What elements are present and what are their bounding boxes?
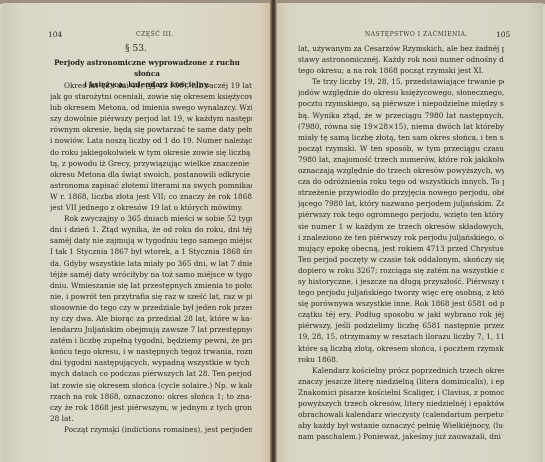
text-line: nie, i powrót ten przytrafia się raz w s… [50,291,252,302]
text-line: dni tygodni następujących, wypadną wszys… [50,357,252,368]
text-line: tego okresu; a na rok 1868 począt rzymsk… [298,65,504,76]
text-line: które są liczbą złotą, okresem słońca, i… [298,343,504,354]
section-number: § 53. [2,44,270,54]
right-page-number: 105 [496,30,510,39]
text-line: zatém i liczbę zupełną tygodni, będziemy… [50,335,252,346]
paper-speck [158,406,160,408]
text-line: czy że rok 1868 jest piérwszym, w jednym… [50,402,252,413]
text-line: jak go starożytni oceniali, zowie się ok… [50,91,252,102]
text-line: i znaleziono że ten piérwszy rok perjodu… [298,232,504,243]
text-line: lat, używanym za Cesarzów Rzymskich, ale… [298,43,504,54]
text-line: lat zowie się okresem słońca (cycle sola… [50,380,252,391]
text-line: jodów względnie do okresu księżycowego, … [298,87,504,98]
text-line: strzeżenie przywiodło do przyjęcia noweg… [298,187,504,198]
text-line: lub okresem Metona, od imienia swego wyn… [50,102,252,113]
text-line: stosownie do tego czy w przedziale był j… [50,302,252,313]
text-line: lendarzu Juljańskim obejmują zawsze 7 la… [50,324,252,335]
text-line: téjże saméj daty wróciłyby na toż samo m… [50,269,252,280]
text-line: dopiero w roku 3267; rozciąga się zatém … [298,265,504,276]
text-line: tego perjodu juljańskiego tworzy więc er… [298,287,504,298]
text-line: 28 lat. [50,413,252,424]
book-spread: 104 część III. § 53. Perjody astronomicz… [0,0,545,462]
left-body-text: Okres lat 18 i dni 11, (§§ 49 i 50), lub… [50,80,252,435]
text-line: Ten perjod poczęty w czasie tak oddalony… [298,254,504,265]
right-running-head: następstwo i zaćmienia. [365,31,468,38]
text-line: 7980 lat, znajomość trzech numerów, któr… [298,154,504,165]
text-line: sie numer 1 w każdym ze trzech okresów s… [298,221,504,232]
text-line: począt rzymski. W ten sposób, w tym prze… [298,143,504,154]
text-line: końcu tego okresu, i w następnych tegoż … [50,346,252,357]
text-line: i nowiów. Lata noszą liczby od 1 do 19. … [50,135,252,146]
text-line: I tak 1 Stycznia 1867 był wtorek, a 1 St… [50,246,252,257]
text-line: równym okresie, będą się powtarzać te sa… [50,124,252,135]
text-line: tą, z powodu iż Grecy, przywiązując wiel… [50,158,252,169]
text-line: rzach na rok 1868, oznaczono: okres słoń… [50,391,252,402]
text-line: ny czy dwa. Ale biorąc za przedział 28 l… [50,313,252,324]
left-page-number: 104 [48,30,62,39]
text-line: stawy astronomicznéj. Każdy rok nosi num… [298,54,504,65]
paper-speck [112,432,115,435]
text-line: szy dowolnie piérwszy perjod lat 19, w k… [50,113,252,124]
text-line: sy historyczne, i jeszcze na długą przys… [298,276,504,287]
text-line: Te trzy liczby 19, 28, 15, przedstawiają… [298,76,504,87]
right-body-text: lat, używanym za Cesarzów Rzymskich, ale… [298,43,504,442]
text-line: miały tę samą liczbę złotą, ten sam okre… [298,132,504,143]
text-line: okresu Metona dla świąt swoich, postanow… [50,169,252,180]
text-line: obrachowali kalendarz wieczysty (calenda… [298,409,504,420]
text-line: Kalendarz kościelny prócz poprzednich tr… [298,365,504,376]
text-line: roku 1868. [298,354,504,365]
text-line: bą. Wynika ztąd, że w przeciągu 7980 lat… [298,110,504,121]
text-line: Począt rzymski (indictions romaines), je… [50,424,252,435]
text-line: jącego 7980 lat, który nazwano perjodem … [298,198,504,209]
text-line: piérwszy rok tego ogromnego perjodu, wzi… [298,209,504,220]
text-line: dni i dzień 1. Ztąd wynika, że od roku d… [50,224,252,235]
text-line: pocztu rzymskiego, są piérwsze i niepodz… [298,98,504,109]
text-line: mujący epokę obecną, jest rokiem 4713 pr… [298,243,504,254]
text-line: oznaczają względnie do trzech okresów po… [298,165,504,176]
left-running-head: część III. [136,31,174,38]
text-line: jest VII jednego z okresów 19 lat o któr… [50,202,252,213]
text-line: aby każdy był wstanie oznaczyć pełnię Wi… [298,420,504,431]
text-line: znaczy jeszcze literę niedzielną (litera… [298,376,504,387]
paper-speck [412,430,415,433]
text-line: dniu. Wmieszanie się lat przestępnych zm… [50,280,252,291]
text-line: da. Gdyby wszystkie lata miały po 365 dn… [50,258,252,269]
text-line: Okres lat 18 i dni 11, (§§ 49 i 50), lub… [50,80,252,91]
paper-speck [506,410,508,412]
text-line: nam paschalem.) Ponieważ, jakeśmy już za… [298,431,504,442]
text-line: saméj daty nie zajmują w tygodniu tego s… [50,235,252,246]
text-line: mych datach co podczas piérwszych lat 28… [50,368,252,379]
text-line: (7980, równa się 19×28×15), niema dwóch … [298,121,504,132]
text-line: do roku jakiegokolwiek w tym okresie zow… [50,147,252,158]
text-line: Znakomici pisarze kościelni Scaliger, i … [298,387,504,398]
text-line: astronoma zapisać złotemi literami na sw… [50,180,252,191]
section-title-line: Perjody astronomiczne wyprowadzone z ruc… [44,57,250,79]
text-line: cza do odróżnienia roku tego od wszystki… [298,176,504,187]
text-line: W r. 1868, liczba złota jest VII; co zna… [50,191,252,202]
text-line: Rok zwyczajny o 365 dniach mieści w sobi… [50,213,252,224]
text-line: piérwszy, jeśli podzielimy liczbę 6581 n… [298,320,504,331]
text-line: powyższych trzech okresów, litery niedzi… [298,398,504,409]
book-gutter [270,0,277,462]
text-line: 19, 28, 15, otrzymamy w resztach ilorazu… [298,331,504,342]
text-line: czątku téj ery. Podług sposobu w jaki wy… [298,309,504,320]
text-line: się porównywa wszystkie inne. Rok 1868 j… [298,298,504,309]
